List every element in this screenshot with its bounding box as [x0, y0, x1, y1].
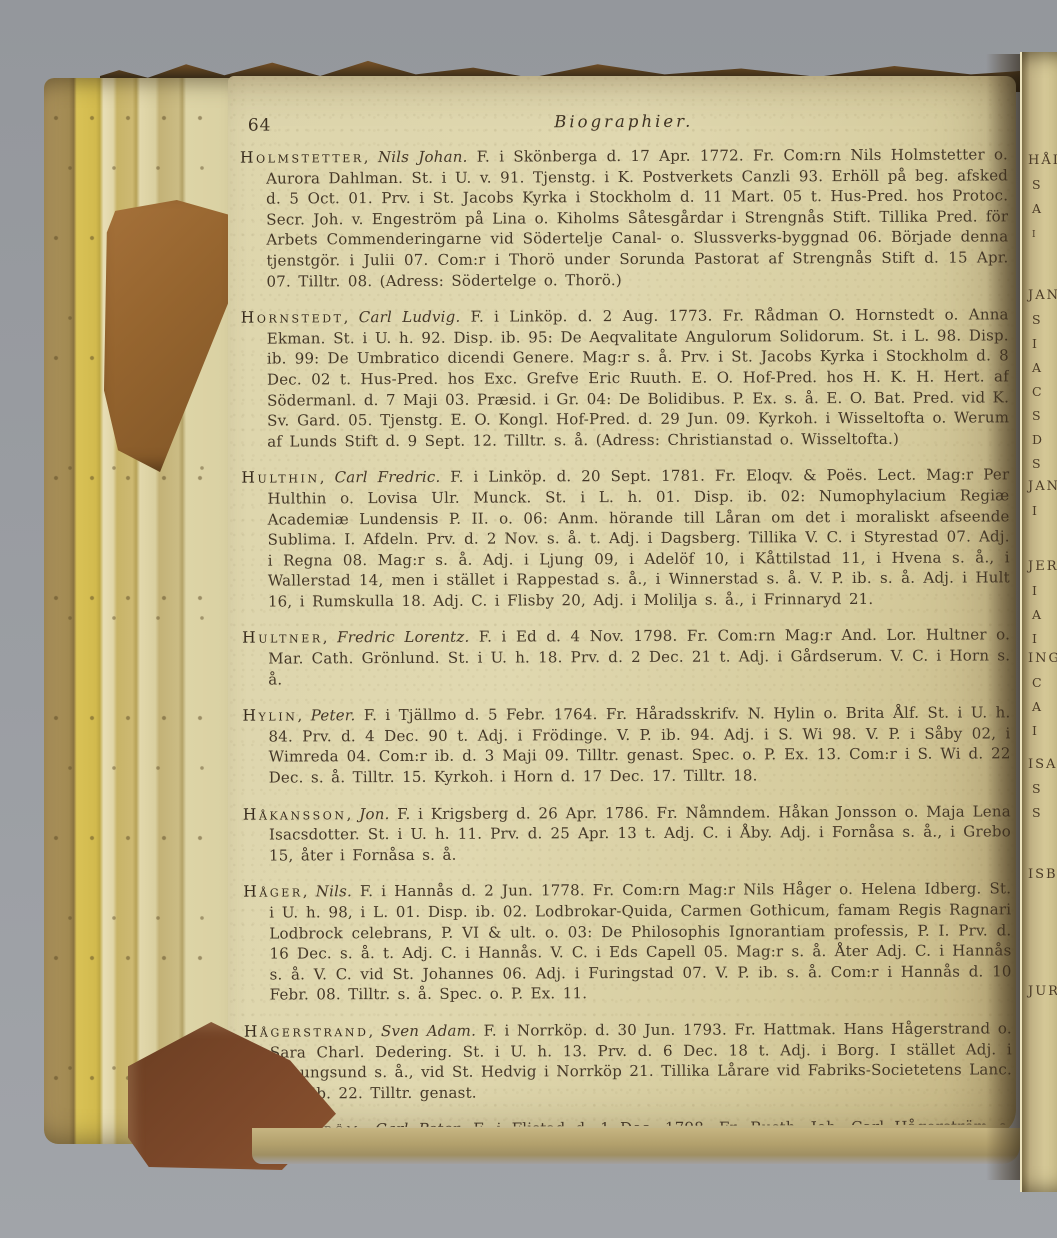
entry-surname: Hultner: [242, 629, 323, 647]
facing-page-text-fragment: ISB: [1028, 863, 1057, 887]
fragment-head: JUR: [1028, 980, 1057, 1004]
entry-text: F. i Hannås d. 2 Jun. 1778. Fr. Com:rn M…: [269, 880, 1011, 1004]
biography-entry: Håkansson, Jon. F. i Krigsberg d. 26 Apr…: [243, 801, 1011, 866]
entry-separator: ,: [368, 1022, 381, 1040]
biography-entry: Håger, Nils. F. i Hannås d. 2 Jun. 1778.…: [243, 879, 1012, 1006]
fragment-head: JER: [1028, 555, 1057, 579]
entry-text: F. i Tjällmo d. 5 Febr. 1764. Fr. Hårads…: [268, 704, 1010, 787]
fragment-line: S: [1028, 308, 1057, 332]
facing-page-text-fragment: INGCAI: [1028, 647, 1057, 743]
entry-separator: ,: [360, 1120, 375, 1127]
fragment-line: S: [1028, 173, 1057, 197]
entry-text: F. i Skönberga d. 17 Apr. 1772. Fr. Com:…: [266, 145, 1008, 290]
biography-entry: Hornstedt, Carl Ludvig. F. i Linköp. d. …: [241, 304, 1010, 452]
facing-page-text-fragment: JERIAI: [1028, 555, 1057, 651]
page-title: Biographier.: [240, 110, 1008, 132]
fragment-line: C: [1028, 671, 1057, 695]
entry-separator: ,: [347, 805, 360, 823]
biography-entry: Holmstetter, Nils Johan. F. i Skönberga …: [240, 144, 1009, 292]
entry-given-name: Peter.: [311, 706, 356, 724]
entry-given-name: Nils Johan.: [378, 148, 468, 166]
fragment-head: JAN: [1028, 284, 1057, 308]
book-photo: 64 Biographier. Holmstetter, Nils Johan.…: [0, 0, 1057, 1238]
fragment-line: I: [1028, 332, 1057, 356]
fragment-line: I: [1028, 499, 1057, 523]
fragment-head: ISA: [1028, 753, 1057, 777]
biography-entry: Hultner, Fredric Lorentz. F. i Ed d. 4 N…: [242, 625, 1010, 690]
book-bottom-edge: [252, 1128, 1020, 1164]
fragment-line: C: [1028, 380, 1057, 404]
fragment-line: A: [1028, 356, 1057, 380]
biography-entry: Hulthin, Carl Fredric. F. i Linköp. d. 2…: [241, 465, 1010, 613]
entry-surname: Håger: [243, 883, 303, 901]
book-page: 64 Biographier. Holmstetter, Nils Johan.…: [228, 76, 1016, 1136]
entry-given-name: Carl Peter.: [375, 1120, 463, 1128]
entry-separator: ,: [323, 629, 337, 647]
fragment-head: JAN: [1028, 475, 1057, 499]
fragment-head: ING: [1028, 647, 1057, 671]
entry-surname: Hulthin: [241, 469, 319, 487]
facing-page-text-fragment: JANI: [1028, 475, 1057, 523]
fragment-head: HÅL: [1028, 149, 1057, 173]
facing-page-text-fragment: JANSIACSDS: [1028, 284, 1057, 476]
fragment-line: S: [1028, 404, 1057, 428]
fragment-line: D: [1028, 428, 1057, 452]
fragment-line: I: [1028, 579, 1057, 603]
biography-entry: Hågerstrand, Sven Adam. F. i Norrköp. d.…: [244, 1018, 1012, 1104]
entry-separator: ,: [364, 148, 378, 166]
entry-separator: ,: [303, 883, 316, 901]
facing-page-text-fragment: ISASS: [1028, 753, 1057, 825]
entry-surname: Holmstetter: [240, 148, 364, 167]
fragment-line: S: [1028, 777, 1057, 801]
facing-page-text-fragment: JUR: [1028, 980, 1057, 1004]
entry-given-name: Nils.: [316, 883, 352, 901]
entry-given-name: Fredric Lorentz.: [337, 628, 469, 647]
entry-given-name: Jon.: [359, 805, 389, 823]
entry-separator: ,: [320, 469, 335, 487]
fragment-line: i: [1028, 221, 1057, 245]
biography-entry: Hylin, Peter. F. i Tjällmo d. 5 Febr. 17…: [242, 703, 1010, 789]
fragment-line: A: [1028, 695, 1057, 719]
entry-text: F. i Linköp. d. 2 Aug. 1773. Fr. Rådman …: [267, 305, 1009, 450]
facing-page-text-fragment: HÅLSAi: [1028, 149, 1057, 245]
entries: Holmstetter, Nils Johan. F. i Skönberga …: [240, 144, 1012, 1127]
book-gutter-shadow: [986, 54, 1022, 1180]
entry-given-name: Carl Fredric.: [335, 468, 441, 486]
entry-given-name: Carl Ludvig.: [359, 308, 461, 326]
biography-entry: Hågerström, Carl Peter. F. i Flistad d. …: [244, 1117, 1012, 1128]
fragment-head: ISB: [1028, 863, 1057, 887]
fragment-line: A: [1028, 603, 1057, 627]
entry-surname: Hornstedt: [241, 308, 344, 326]
entry-text: F. i Linköp. d. 20 Sept. 1781. Fr. Eloqv…: [267, 466, 1009, 611]
entry-surname: Hylin: [242, 707, 297, 725]
page-header: 64 Biographier.: [240, 110, 1008, 139]
entry-given-name: Sven Adam.: [381, 1022, 476, 1040]
page-content: 64 Biographier. Holmstetter, Nils Johan.…: [240, 110, 1012, 1127]
fragment-line: A: [1028, 197, 1057, 221]
entry-surname: Håkansson: [243, 805, 347, 823]
fragment-line: S: [1028, 801, 1057, 825]
entry-surname: Hågerstrand: [244, 1022, 369, 1041]
facing-page-edge: HÅLSAiJANSIACSDSJANIJERIAIINGCAIISASSISB…: [1020, 52, 1057, 1192]
fragment-line: S: [1028, 452, 1057, 476]
fragment-line: I: [1028, 719, 1057, 743]
entry-separator: ,: [344, 308, 359, 326]
entry-separator: ,: [297, 707, 310, 725]
